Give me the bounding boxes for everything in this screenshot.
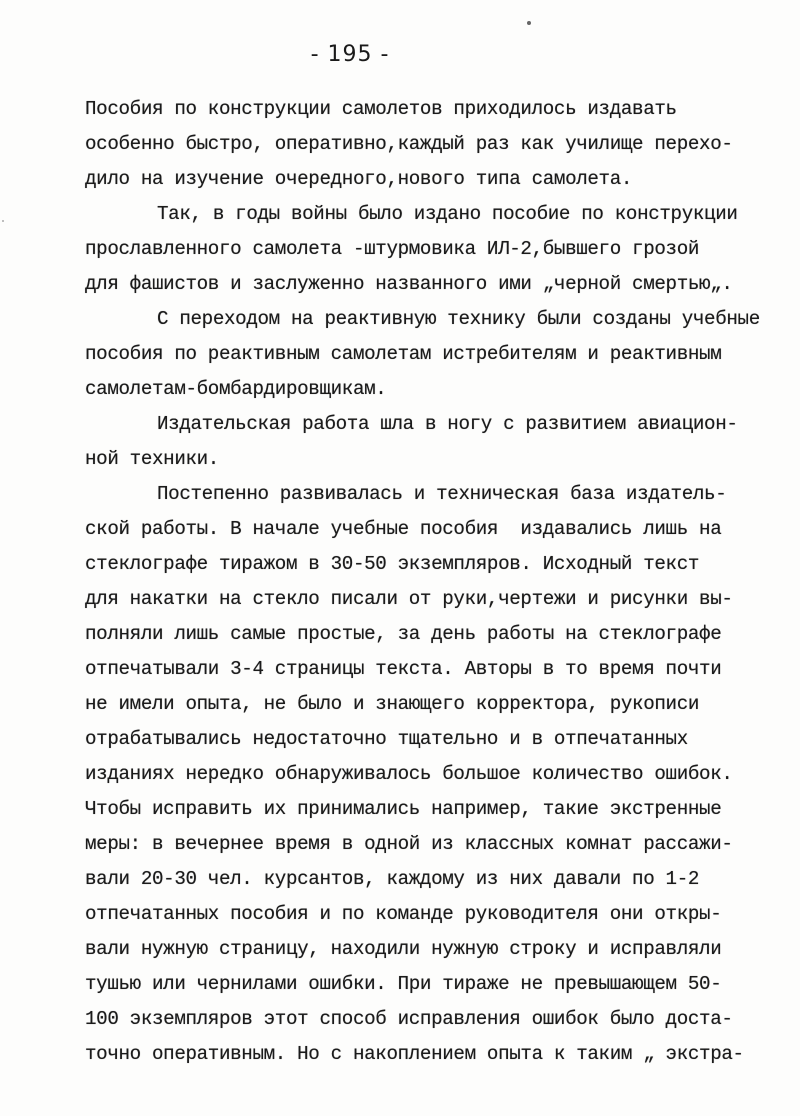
paragraph-line: полняли лишь самые простые, за день рабо… <box>85 617 785 652</box>
paper-speck <box>527 21 531 25</box>
paragraph-line: отпечатывали 3-4 страницы текста. Авторы… <box>85 652 785 687</box>
paragraph-line: точно оперативным. Но с накоплением опыт… <box>85 1037 785 1072</box>
paragraph-line: меры: в вечернее время в одной из классн… <box>85 827 785 862</box>
paragraph-line: стеклографе тиражом в 30-50 экземпляров.… <box>85 547 785 582</box>
paragraph-line: для фашистов и заслуженно названного ими… <box>85 267 785 302</box>
paragraph-line: особенно быстро, оперативно,каждый раз к… <box>85 127 785 162</box>
paragraph-first-line: Издательская работа шла в ногу с развити… <box>85 407 785 442</box>
paragraph-line: дило на изучение очередного,нового типа … <box>85 162 785 197</box>
paragraph-line: ской работы. В начале учебные пособия из… <box>85 512 785 547</box>
paragraph-line: Чтобы исправить их принимались например,… <box>85 792 785 827</box>
page-number: - 195 - <box>0 42 700 67</box>
paragraph-line: самолетам-бомбардировщикам. <box>85 372 785 407</box>
paragraph-line: 100 экземпляров этот способ исправления … <box>85 1002 785 1037</box>
paragraph-line: для накатки на стекло писали от руки,чер… <box>85 582 785 617</box>
paragraph-line: отпечатанных пособия и по команде руково… <box>85 897 785 932</box>
paragraph-line: вали нужную страницу, находили нужную ст… <box>85 932 785 967</box>
paragraph-line: отрабатывались недостаточно тщательно и … <box>85 722 785 757</box>
paragraph-line: вали 20-30 чел. курсантов, каждому из ни… <box>85 862 785 897</box>
paragraph-first-line: Постепенно развивалась и техническая баз… <box>85 477 785 512</box>
paragraph-line: изданиях нередко обнаруживалось большое … <box>85 757 785 792</box>
paragraph-first-line: Пособия по конструкции самолетов приходи… <box>85 92 785 127</box>
paragraph-first-line: Так, в годы войны было издано пособие по… <box>85 197 785 232</box>
paragraph-line: пособия по реактивным самолетам истребит… <box>85 337 785 372</box>
document-page: - 195 - Пособия по конструкции самолетов… <box>0 0 800 1116</box>
document-body: Пособия по конструкции самолетов приходи… <box>85 92 785 1072</box>
paragraph-line: тушью или чернилами ошибки. При тираже н… <box>85 967 785 1002</box>
paragraph-line: не имели опыта, не было и знающего корре… <box>85 687 785 722</box>
paper-speck <box>2 220 4 222</box>
paragraph-line: ной техники. <box>85 442 785 477</box>
paragraph-first-line: С переходом на реактивную технику были с… <box>85 302 785 337</box>
paragraph-line: прославленного самолета -штурмовика ИЛ-2… <box>85 232 785 267</box>
